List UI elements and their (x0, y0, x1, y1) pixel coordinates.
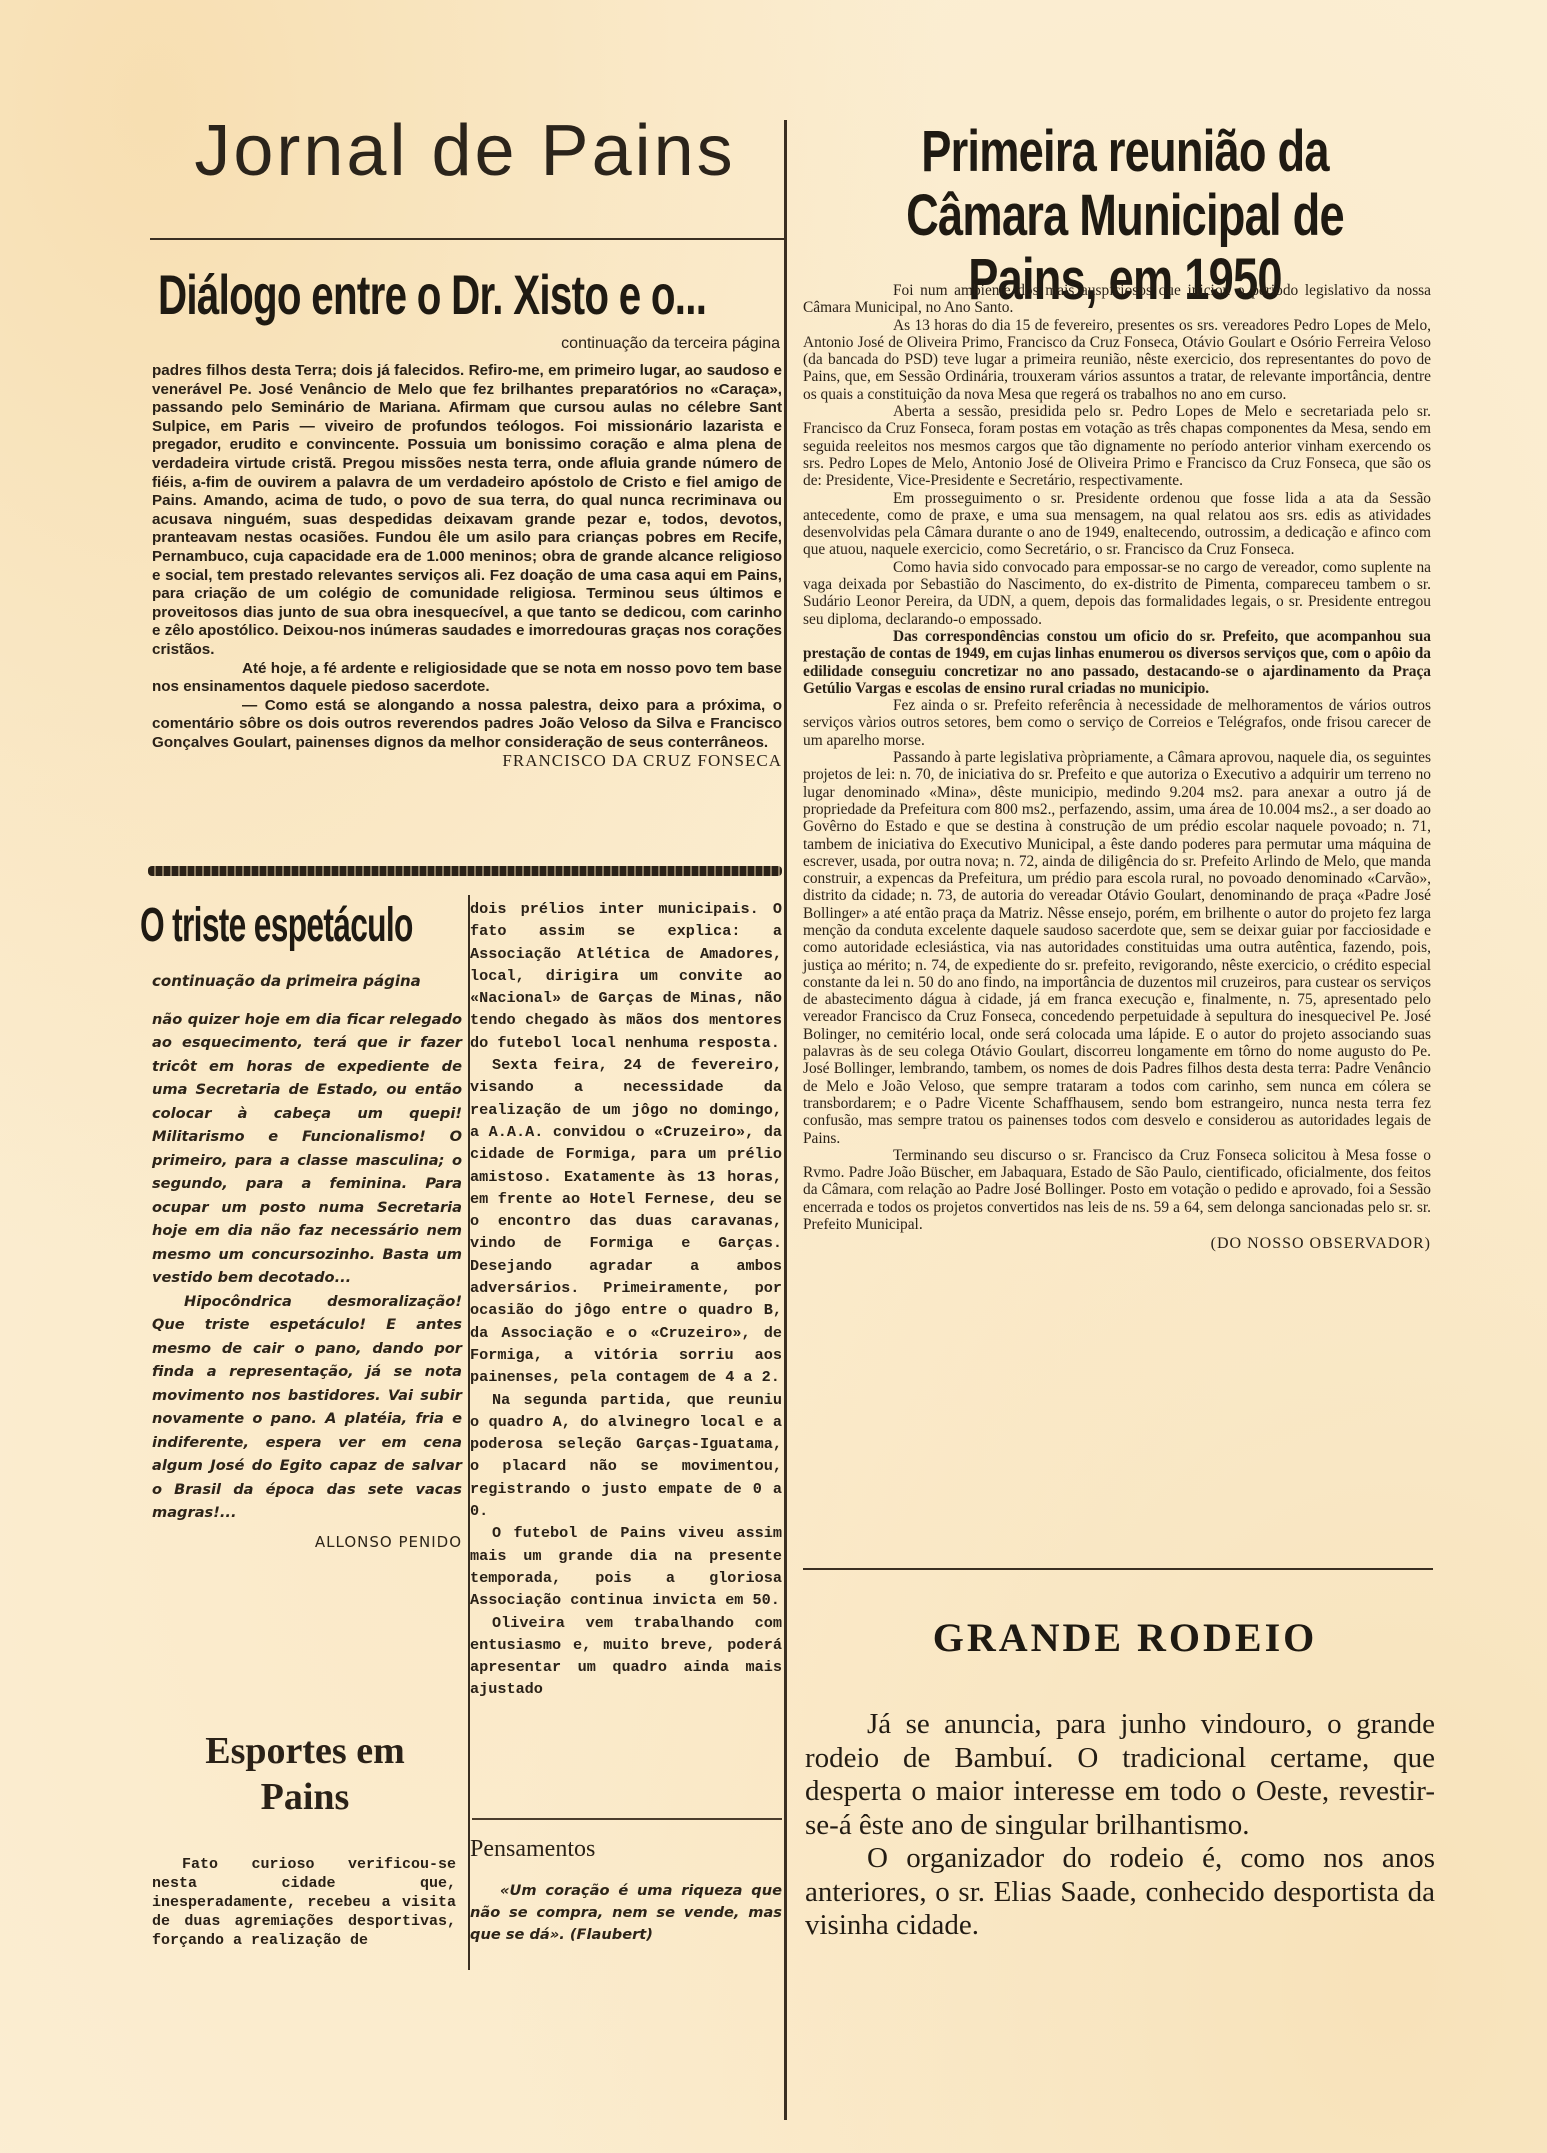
camara-paragraph: Terminando seu discurso o sr. Francisco … (803, 1147, 1431, 1233)
camara-paragraph: Passando à parte legislativa pròpriament… (803, 749, 1431, 1147)
esportes-intro: Fato curioso verificou-se nesta cidade q… (152, 1855, 456, 1950)
esportes-paragraph: Na segunda partida, que reuniu o quadro … (470, 1389, 782, 1523)
camara-paragraph: Foi num ambiente dos mais auspiciosos qu… (803, 282, 1431, 317)
esportes-continued-body: dois prélios inter municipais. O fato as… (470, 898, 782, 1701)
triste-author: ALLONSO PENIDO (152, 1531, 462, 1555)
camara-paragraph: Aberta a sessão, presidida pelo sr. Pedr… (803, 403, 1431, 489)
esportes-paragraph: O futebol de Pains viveu assim mais um g… (470, 1522, 782, 1611)
camara-divider (803, 1568, 1433, 1574)
camara-paragraph: Como havia sido convocado para empossar-… (803, 559, 1431, 628)
rodeio-article-body: Já se anuncia, para junho vindouro, o gr… (805, 1708, 1435, 1943)
esportes-intro-text: Fato curioso verificou-se nesta cidade q… (152, 1855, 456, 1950)
triste-paragraph: não quizer hoje em dia ficar relegado ao… (152, 1008, 462, 1290)
esportes-headline-line: Pains (160, 1774, 450, 1820)
ornamental-divider (148, 866, 782, 876)
pensamentos-divider (472, 1818, 782, 1820)
rodeio-headline: GRANDE RODEIO (805, 1614, 1445, 1661)
esportes-headline: Esportes em Pains (160, 1728, 450, 1820)
rodeio-paragraph: Já se anuncia, para junho vindouro, o gr… (805, 1708, 1435, 1842)
dialogo-paragraph: — Como está se alongando a nossa palestr… (152, 697, 782, 753)
camara-paragraph: Em prosseguimento o sr. Presidente orden… (803, 490, 1431, 559)
dialogo-paragraph: Até hoje, a fé ardente e religiosidade q… (152, 660, 782, 697)
camara-author: (DO NOSSO OBSERVADOR) (803, 1235, 1431, 1252)
triste-article-body: continuação da primeira página não quize… (152, 970, 462, 1554)
pensamentos-body: «Um coração é uma riqueza que não se com… (470, 1880, 782, 1946)
rodeio-paragraph: O organizador do rodeio é, como nos anos… (805, 1842, 1435, 1943)
triste-paragraph: Hipocôndrica desmoralização! Que triste … (152, 1290, 462, 1525)
dialogo-paragraph: padres filhos desta Terra; dois já falec… (152, 362, 782, 660)
dialogo-author: FRANCISCO DA CRUZ FONSECA (152, 752, 782, 771)
masthead-divider (150, 238, 787, 244)
camara-paragraph: Fez ainda o sr. Prefeito referência à ne… (803, 697, 1431, 749)
esportes-headline-line: Esportes em (160, 1728, 450, 1774)
triste-continuation-note: continuação da primeira página (152, 970, 462, 994)
dialogo-article-body: padres filhos desta Terra; dois já falec… (152, 362, 782, 771)
masthead-title: Jornal de Pains (150, 110, 780, 192)
pensamentos-quote: «Um coração é uma riqueza que não se com… (470, 1880, 782, 1946)
pensamentos-headline: Pensamentos (470, 1836, 595, 1863)
camara-article-body: Foi num ambiente dos mais auspiciosos qu… (803, 282, 1431, 1253)
triste-headline: O triste espetáculo (140, 898, 413, 953)
esportes-paragraph: dois prélios inter municipais. O fato as… (470, 898, 782, 1054)
camara-paragraph: As 13 horas do dia 15 de fevereiro, pres… (803, 317, 1431, 403)
dialogo-continuation-note: continuação da terceira página (470, 335, 780, 353)
camara-paragraph: Das correspondências constou um oficio d… (803, 628, 1431, 697)
esportes-paragraph: Oliveira vem trabalhando com entusiasmo … (470, 1612, 782, 1701)
column-divider (785, 895, 787, 1900)
esportes-paragraph: Sexta feira, 24 de fevereiro, visando a … (470, 1054, 782, 1388)
dialogo-headline: Diálogo entre o Dr. Xisto e o... (158, 262, 706, 327)
